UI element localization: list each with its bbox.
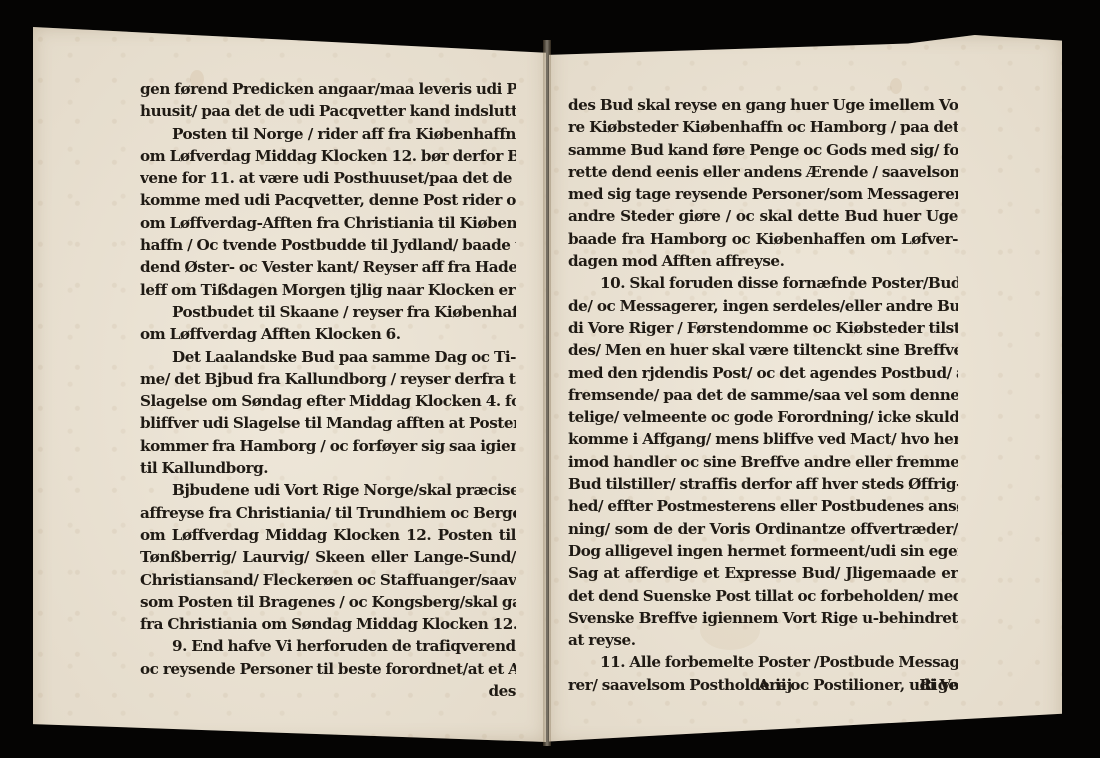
text-line: til Kallundborg. <box>140 457 516 479</box>
text-line: Slagelse om Søndag efter Middag Klocken … <box>140 390 516 412</box>
text-line: leff om Tißdagen Morgen tjlig naar Klock… <box>140 279 516 301</box>
text-line: det dend Suenske Post tillat oc forbehol… <box>568 585 958 607</box>
text-line: andre Steder giøre / oc skal dette Bud h… <box>568 205 958 227</box>
left-page-text: gen førend Predicken angaar/maa leveris … <box>140 78 516 702</box>
text-line: Posten til Norge / rider aff fra Kiøbenh… <box>140 123 516 145</box>
text-line: 10. Skal foruden disse fornæfnde Poster/… <box>568 272 958 294</box>
text-line: Christiansand/ Fleckerøen oc Staffuanger… <box>140 569 516 591</box>
text-line: Det Laalandske Bud paa samme Dag oc Ti- <box>140 346 516 368</box>
text-line: om Løfverdag Middag Klocken 12. bør derf… <box>140 145 516 167</box>
text-line: bliffver udi Slagelse til Mandag afften … <box>140 412 516 434</box>
text-line: gen førend Predicken angaar/maa leveris … <box>140 78 516 100</box>
text-line: Bjbudene udi Vort Rige Norge/skal præcis… <box>140 479 516 501</box>
right-page-text: des Bud skal reyse en gang huer Uge imel… <box>568 94 958 696</box>
text-line: komme i Affgang/ mens bliffve ved Mact/ … <box>568 428 958 450</box>
text-line: de/ oc Messagerer, ingen serdeles/eller … <box>568 295 958 317</box>
text-line: telige/ velmeente oc gode Forordning/ ic… <box>568 406 958 428</box>
text-line: dend Øster- oc Vester kant/ Reyser aff f… <box>140 256 516 278</box>
right-page-footer: A iij Rige <box>568 676 958 700</box>
text-line: des Bud skal reyse en gang huer Uge imel… <box>568 94 958 116</box>
text-line: Bud tilstiller/ straffis derfor aff hver… <box>568 473 958 495</box>
text-line: des/ Men en huer skal være tiltenckt sin… <box>568 339 958 361</box>
scan-background: gen førend Predicken angaar/maa leveris … <box>0 0 1100 758</box>
text-line: 9. End hafve Vi herforuden de trafiqvere… <box>140 635 516 657</box>
text-line: komme med udi Pacqvetter, denne Post rid… <box>140 189 516 211</box>
text-line: re Kiøbsteder Kiøbenhaffn oc Hamborg / p… <box>568 116 958 138</box>
text-line: 11. Alle forbemelte Poster /Postbude Mes… <box>568 651 958 673</box>
text-line: med den rjdendis Post/ oc det agendes Po… <box>568 362 958 384</box>
text-line: Sag at afferdige et Expresse Bud/ Jligem… <box>568 562 958 584</box>
signature-mark: A iij <box>758 676 792 694</box>
text-line: baade fra Hamborg oc Kiøbenhaffen om Løf… <box>568 228 958 250</box>
text-line: di Vore Riger / Førstendomme oc Kiøbsted… <box>568 317 958 339</box>
text-line: samme Bud kand føre Penge oc Gods med si… <box>568 139 958 161</box>
text-line: oc reysende Personer til beste forordnet… <box>140 658 516 680</box>
text-line: des <box>140 680 516 702</box>
text-line: Tønßberrig/ Laurvig/ Skeen eller Lange-S… <box>140 546 516 568</box>
text-line: at reyse. <box>568 629 958 651</box>
catchword: Rige <box>919 676 958 694</box>
text-line: Svenske Breffve igiennem Vort Rige u-beh… <box>568 607 958 629</box>
text-line: rette dend eenis eller andens Ærende / s… <box>568 161 958 183</box>
text-line: me/ det Bjbud fra Kallundborg / reyser d… <box>140 368 516 390</box>
text-line: om Løffverdag-Afften fra Christiania til… <box>140 212 516 234</box>
text-line: kommer fra Hamborg / oc forføyer sig saa… <box>140 435 516 457</box>
text-line: fra Christiania om Søndag Middag Klocken… <box>140 613 516 635</box>
text-line: imod handler oc sine Breffve andre eller… <box>568 451 958 473</box>
text-line: Dog alligevel ingen hermet formeent/udi … <box>568 540 958 562</box>
text-line: om Løffverdag Middag Klocken 12. Posten … <box>140 524 516 546</box>
text-line: om Løffverdag Afften Klocken 6. <box>140 323 516 345</box>
text-line: huusit/ paa det de udi Pacqvetter kand i… <box>140 100 516 122</box>
text-line: med sig tage reysende Personer/som Messa… <box>568 183 958 205</box>
text-line: som Posten til Bragenes / oc Kongsberg/s… <box>140 591 516 613</box>
text-line: affreyse fra Christiania/ til Trundhiem … <box>140 502 516 524</box>
book-gutter <box>543 40 551 746</box>
text-line: fremsende/ paa det de samme/saa vel som … <box>568 384 958 406</box>
text-line: vene for 11. at være udi Posthuuset/paa … <box>140 167 516 189</box>
text-line: ning/ som de der Voris Ordinantze offver… <box>568 518 958 540</box>
text-line: Postbudet til Skaane / reyser fra Kiøben… <box>140 301 516 323</box>
text-line: hed/ effter Postmesterens eller Postbude… <box>568 495 958 517</box>
text-line: dagen mod Afften affreyse. <box>568 250 958 272</box>
text-line: haffn / Oc tvende Postbudde til Jydland/… <box>140 234 516 256</box>
